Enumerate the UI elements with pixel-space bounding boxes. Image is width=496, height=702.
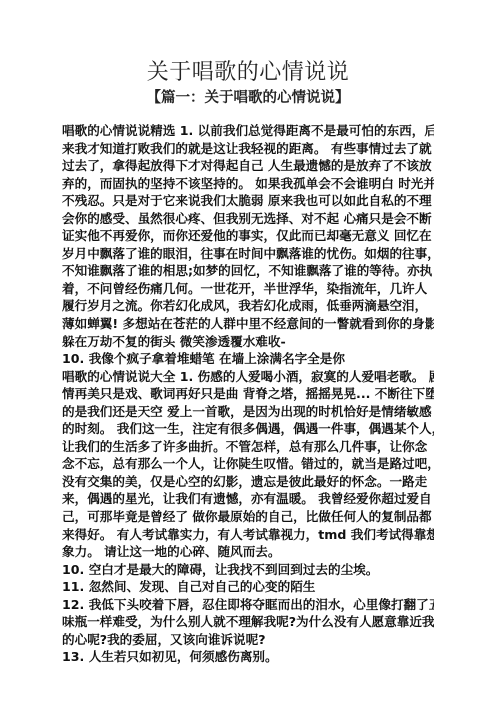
body-line: 来得好。 有人考试靠实力，有人考试靠视力，tmd 我们考试得靠想 (62, 526, 434, 544)
body-line: 的是我们还是天空 爱上一首歌，是因为出现的时机恰好是情绪敏感 (62, 403, 434, 421)
body-line: 弃的，而固执的坚持不该坚持的。 如果我孤单会不会谁明白 时光并 (62, 175, 434, 193)
body-line: 让我们的生活多了许多曲折。不管怎样，总有那么几件事，让你念 (62, 438, 434, 456)
body-line: 己，可那毕竟是曾经了 做你最原始的自己，比做任何人的复制品都 (62, 508, 434, 526)
body-line: 证实他不再爱你，而你还爱他的事实，仅此而已却毫无意义 回忆在 (62, 227, 434, 245)
body-line: 躲在万劫不复的街头 微笑渗透覆水难收- (62, 333, 434, 351)
body-line: 不知谁飘落了谁的相思;如梦的回忆，不知谁飘落了谁的等待。亦执 (62, 262, 434, 280)
body-line: 履行岁月之流。你若幻化成风，我若幻化成雨，低垂两滴悬空泪， (62, 297, 434, 315)
body-line: 唱歌的心情说说大全 1. 伤感的人爱喝小酒，寂寞的人爱唱老歌。 剧 (62, 368, 434, 386)
document-body: 唱歌的心情说说精选 1. 以前我们总觉得距离不是最可怕的东西，后 来我才知道打败… (62, 122, 434, 666)
body-line: 象力。 请让这一地的心碎、随风而去。 (62, 543, 434, 561)
document-title: 关于唱歌的心情说说 (0, 59, 496, 87)
section-heading: 【篇一：关于唱歌的心情说说】 (0, 88, 496, 108)
document-page: 关于唱歌的心情说说 【篇一：关于唱歌的心情说说】 唱歌的心情说说精选 1. 以前… (0, 0, 496, 702)
body-line: 13. 人生若只如初见，何须感伤离别。 (62, 648, 434, 666)
body-line: 薄如蝉翼! 多想站在苍茫的人群中里不经意间的一瞥就看到你的身影。 (62, 315, 434, 333)
body-line: 12. 我低下头咬着下唇，忍住即将夺眶而出的泪水，心里像打翻了五 (62, 596, 434, 614)
body-line: 念不忘，总有那么一个人，让你陡生叹惜。错过的，就当是路过吧， (62, 455, 434, 473)
body-line: 唱歌的心情说说精选 1. 以前我们总觉得距离不是最可怕的东西，后 (62, 122, 434, 140)
body-line: 的心呢?我的委屈，又该向谁诉说呢? (62, 631, 434, 649)
body-line: 情再美只是戏、歌词再好只是曲 背脊之塔，摇摇晃晃... 不断往下堕 (62, 385, 434, 403)
body-line: 的时刻。 我们这一生，注定有很多偶遇，偶遇一件事，偶遇某个人， (62, 420, 434, 438)
body-line: 会你的感受、虽然很心疼、但我别无选择、对不起 心痛只是会不断 (62, 210, 434, 228)
body-line: 10. 我像个疯子拿着堆蜡笔 在墙上涂满名字全是你 (62, 350, 434, 368)
body-line: 过去了，拿得起放得下才对得起自己 人生最遗憾的是放弃了不该放 (62, 157, 434, 175)
body-line: 没有交集的美，仅是心空的幻影，遗忘是彼此最好的怀念。一路走 (62, 473, 434, 491)
body-line: 11. 忽然间、发现、自己对自己的心变的陌生 (62, 578, 434, 596)
body-line: 10. 空白才是最大的障碍，让我找不到回到过去的尘埃。 (62, 561, 434, 579)
body-line: 着，不问曾经伤痛几何。一世花开，半世浮华，染指流年，几许人 (62, 280, 434, 298)
body-line: 来，偶遇的星光，让我们有遗憾，亦有温暖。 我曾经爱你超过爱自 (62, 490, 434, 508)
body-line: 不残忍。只是对于它来说我们太脆弱 原来我也可以如此自私的不理 (62, 192, 434, 210)
body-line: 岁月中飘落了谁的眼泪，往事在时间中飘落谁的忧伤。如烟的往事， (62, 245, 434, 263)
body-line: 来我才知道打败我们的就是这让我轻视的距离。 有些事情过去了就 (62, 140, 434, 158)
body-line: 味瓶一样难受，为什么别人就不理解我呢?为什么没有人愿意靠近我 (62, 613, 434, 631)
